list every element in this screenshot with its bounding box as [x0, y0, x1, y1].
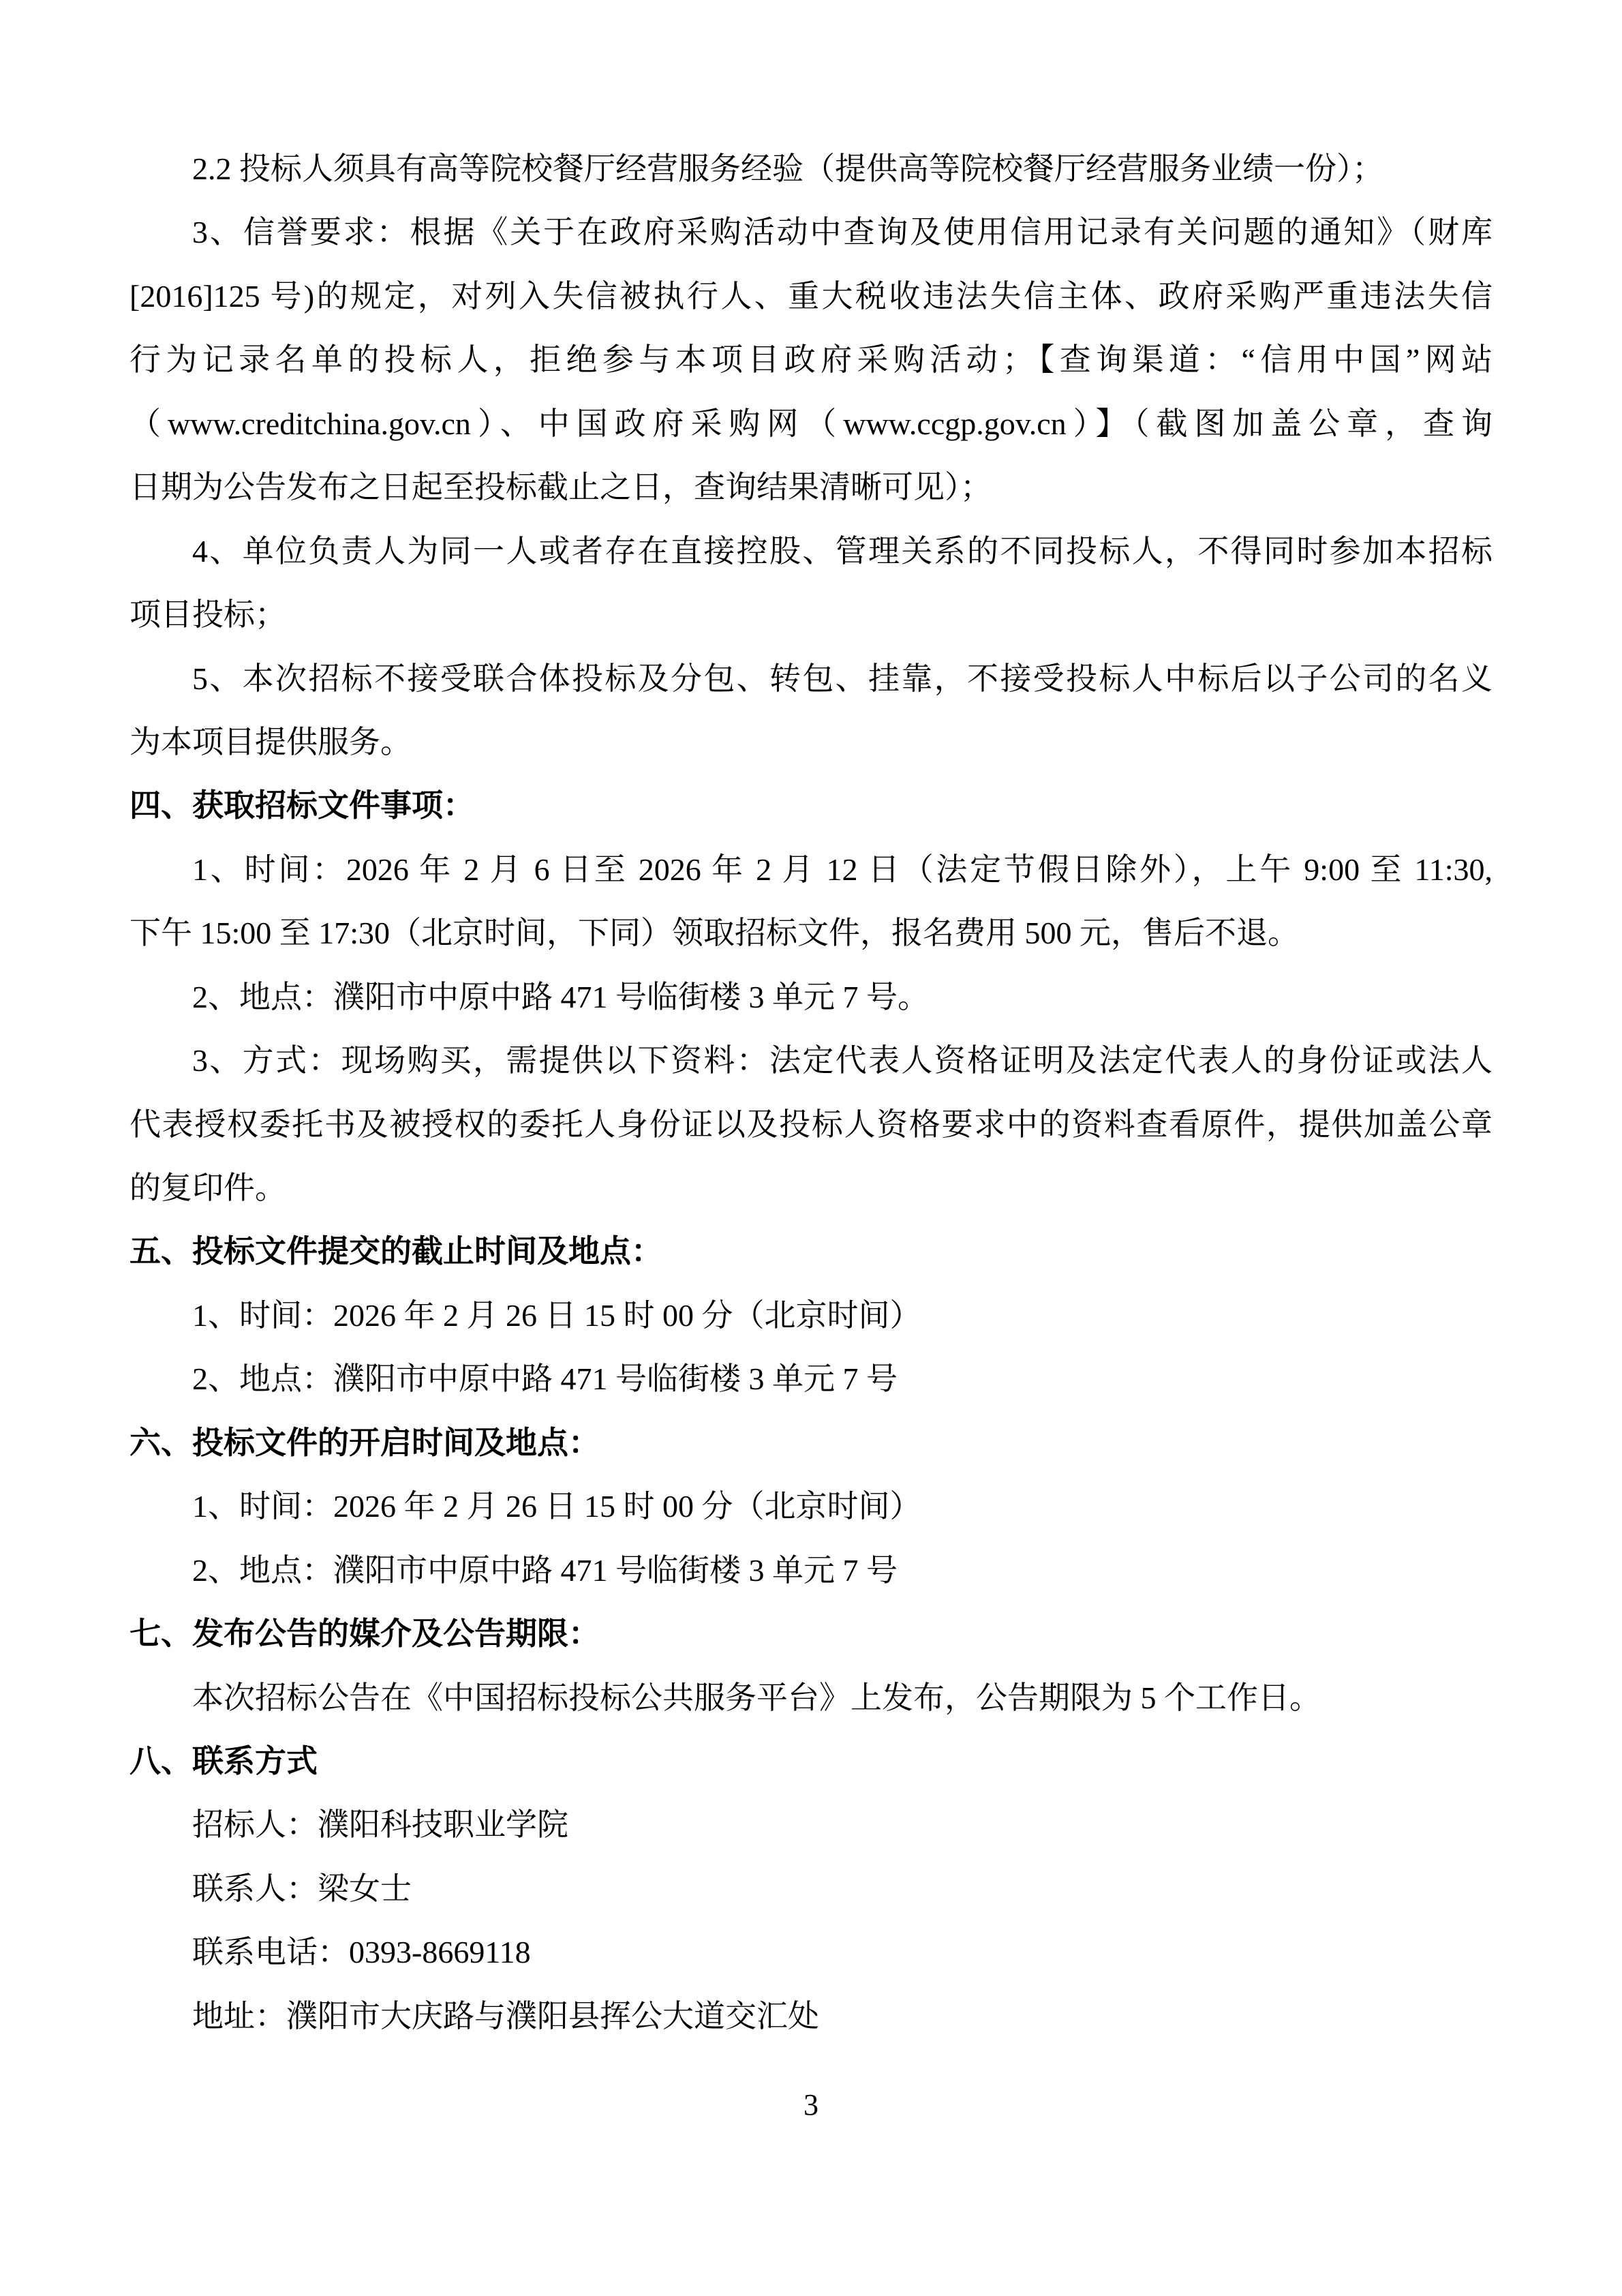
- document-line: 2.2 投标人须具有高等院校餐厅经营服务经验（提供高等院校餐厅经营服务业绩一份）…: [129, 137, 1493, 200]
- document-line: 下午 15:00 至 17:30（北京时间，下同）领取招标文件，报名费用 500…: [129, 901, 1493, 965]
- section-heading: 七、发布公告的媒介及公告期限：: [129, 1602, 1493, 1665]
- document-line: 本次招标公告在《中国招标投标公共服务平台》上发布，公告期限为 5 个工作日。: [129, 1666, 1493, 1729]
- document-line: 项目投标；: [129, 583, 1493, 646]
- document-line: （www.creditchina.gov.cn）、中国政府采购网（www.ccg…: [129, 392, 1493, 455]
- section-heading: 五、投标文件提交的截止时间及地点：: [129, 1220, 1493, 1283]
- document-line: 2、地点：濮阳市中原中路 471 号临街楼 3 单元 7 号。: [129, 965, 1493, 1029]
- document-line: [2016]125 号)的规定，对列入失信被执行人、重大税收违法失信主体、政府采…: [129, 265, 1493, 328]
- document-line: 1、时间：2026 年 2 月 26 日 15 时 00 分（北京时间）: [129, 1475, 1493, 1538]
- document-line: 地址：濮阳市大庆路与濮阳县挥公大道交汇处: [129, 1984, 1493, 2048]
- document-line: 行为记录名单的投标人，拒绝参与本项目政府采购活动；【查询渠道：“信用中国”网站: [129, 328, 1493, 391]
- section-heading: 四、获取招标文件事项：: [129, 774, 1493, 837]
- document-line: 1、时间：2026 年 2 月 26 日 15 时 00 分（北京时间）: [129, 1284, 1493, 1347]
- document-line: 2、地点：濮阳市中原中路 471 号临街楼 3 单元 7 号: [129, 1347, 1493, 1410]
- section-heading: 六、投标文件的开启时间及地点：: [129, 1411, 1493, 1475]
- document-line: 联系人：梁女士: [129, 1857, 1493, 1920]
- document-line: 3、信誉要求：根据《关于在政府采购活动中查询及使用信用记录有关问题的通知》（财库: [129, 200, 1493, 264]
- document-body: 2.2 投标人须具有高等院校餐厅经营服务经验（提供高等院校餐厅经营服务业绩一份）…: [129, 137, 1493, 2048]
- document-page: 2.2 投标人须具有高等院校餐厅经营服务经验（提供高等院校餐厅经营服务业绩一份）…: [0, 0, 1622, 2296]
- document-line: 5、本次招标不接受联合体投标及分包、转包、挂靠，不接受投标人中标后以子公司的名义: [129, 647, 1493, 710]
- page-number: 3: [0, 2073, 1622, 2136]
- document-line: 3、方式：现场购买，需提供以下资料：法定代表人资格证明及法定代表人的身份证或法人: [129, 1029, 1493, 1092]
- document-line: 2、地点：濮阳市中原中路 471 号临街楼 3 单元 7 号: [129, 1539, 1493, 1602]
- document-line: 招标人：濮阳科技职业学院: [129, 1793, 1493, 1856]
- document-line: 4、单位负责人为同一人或者存在直接控股、管理关系的不同投标人，不得同时参加本招标: [129, 519, 1493, 583]
- document-line: 联系电话：0393-8669118: [129, 1920, 1493, 1984]
- document-line: 的复印件。: [129, 1156, 1493, 1220]
- document-line: 日期为公告发布之日起至投标截止之日，查询结果清晰可见）；: [129, 455, 1493, 519]
- section-heading: 八、联系方式: [129, 1729, 1493, 1793]
- document-line: 1、时间：2026 年 2 月 6 日至 2026 年 2 月 12 日（法定节…: [129, 838, 1493, 901]
- document-line: 为本项目提供服务。: [129, 710, 1493, 774]
- document-line: 代表授权委托书及被授权的委托人身份证以及投标人资格要求中的资料查看原件，提供加盖…: [129, 1093, 1493, 1156]
